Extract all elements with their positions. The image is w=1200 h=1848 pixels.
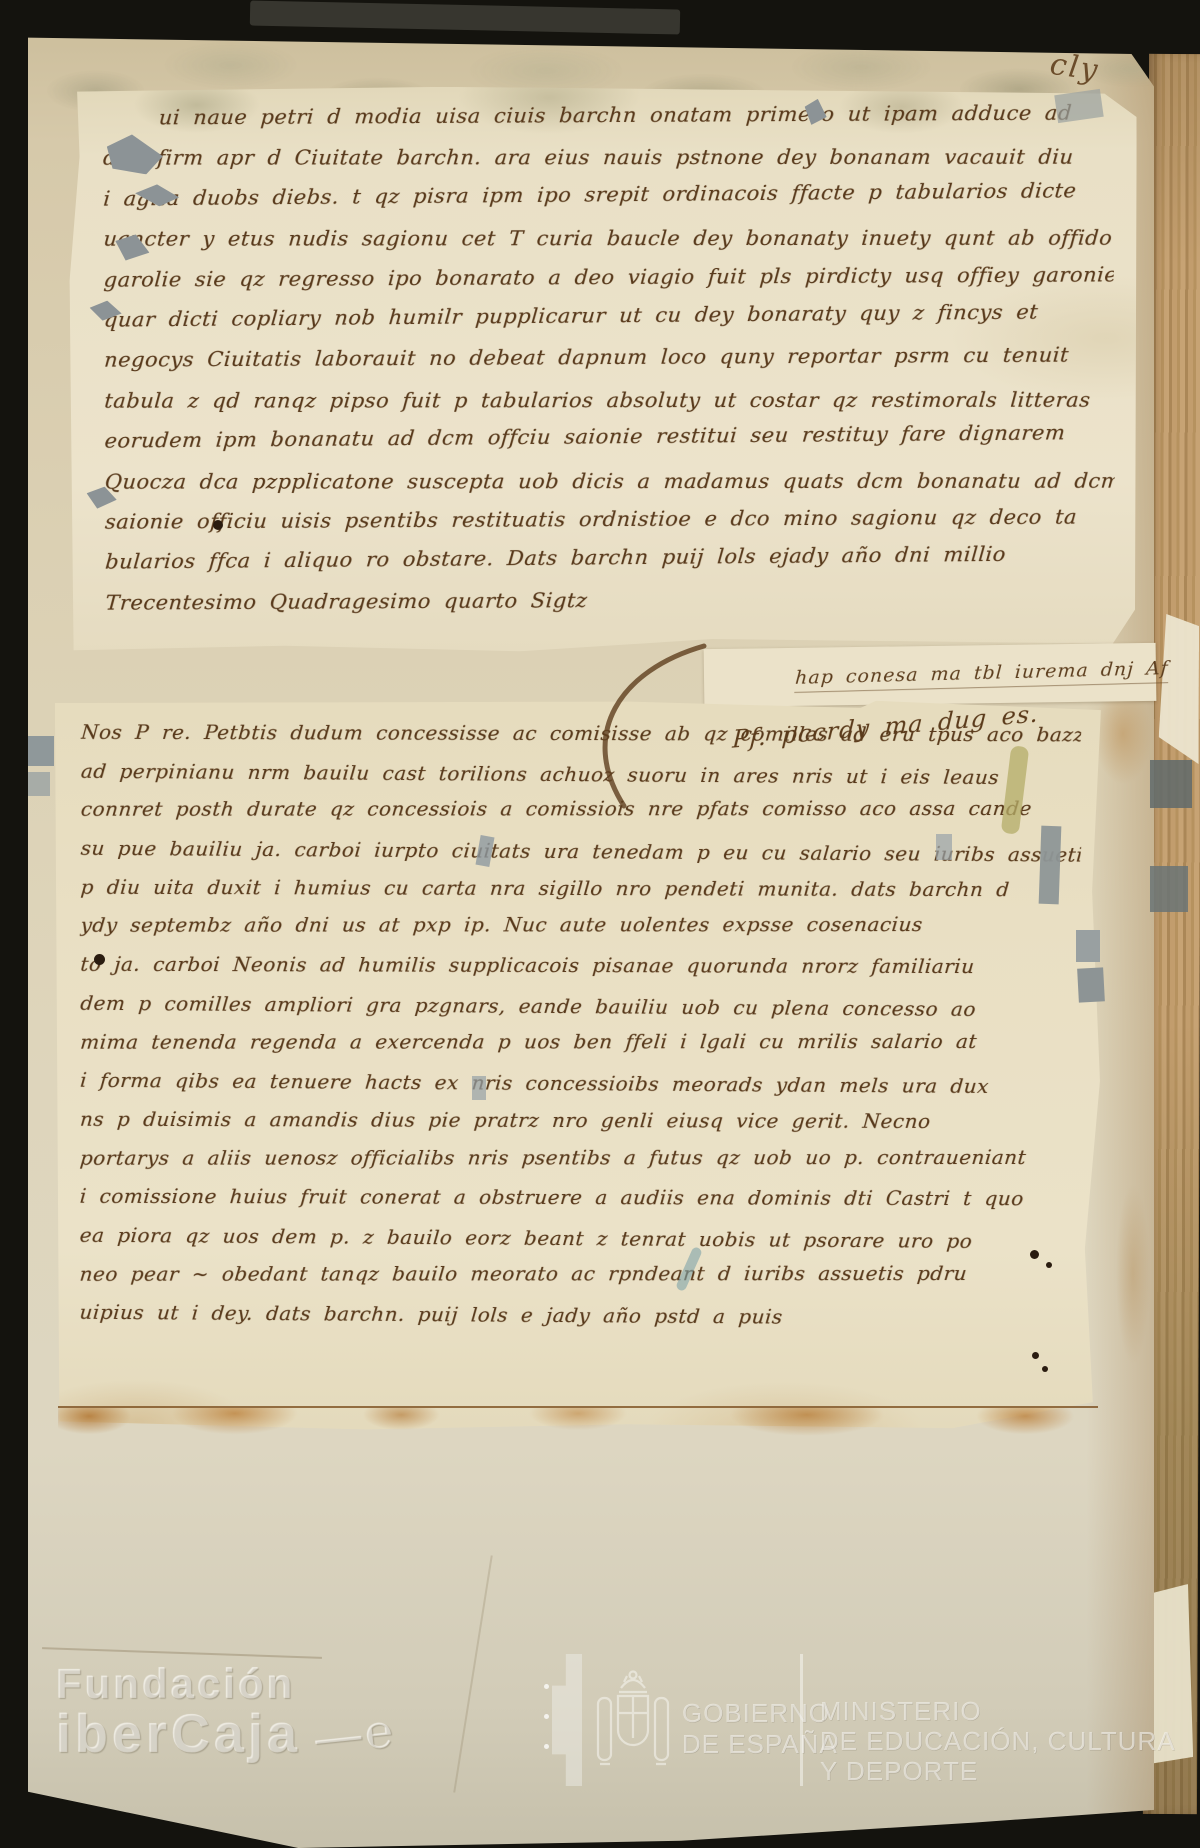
flag-star-icon (544, 1684, 549, 1689)
stain (1116, 1184, 1150, 1364)
manuscript-line: p diu uita duxit i humius cu carta nra s… (79, 871, 1082, 911)
manuscript-line: quar dicti copliary nob humilr pupplicar… (102, 294, 1115, 342)
government-watermark: GOBIERNO DE ESPAÑA MINISTERIO DE EDUCACI… (548, 1650, 1188, 1795)
watermark-divider (800, 1654, 803, 1786)
ibercaja-watermark-line1: Fundación (56, 1662, 397, 1706)
ink-dot (1042, 1366, 1048, 1372)
ink-dot (1030, 1250, 1039, 1259)
manuscript-line: Quocza dca pzpplicatone suscepta uob dic… (103, 464, 1115, 504)
tape-piece (936, 834, 952, 860)
tape-piece (1077, 967, 1105, 1002)
spain-coat-of-arms-icon (588, 1662, 678, 1780)
ibercaja-swash-icon: —℮ (312, 1702, 399, 1766)
paper-crease (453, 1555, 493, 1792)
manuscript-line: bularios ffca i aliquo ro obstare. Dats … (103, 537, 1116, 585)
tape-piece (1150, 760, 1192, 808)
binding-shadow-streak (250, 1, 680, 35)
manuscript-line: su pue bauiliu ja. carboi iurpto ciuitat… (79, 832, 1082, 876)
ink-dot (213, 520, 223, 530)
document-1-text: ui naue petri d modia uisa ciuis barchn … (69, 83, 1140, 655)
ministerio-line3: Y DEPORTE (820, 1756, 1176, 1786)
manuscript-line: neo pear ~ obedant tanqz bauilo meorato … (78, 1257, 1082, 1295)
flag-star-icon (544, 1744, 549, 1749)
manuscript-line: ui naue petri d modia uisa ciuis barchn … (101, 96, 1114, 140)
manuscript-line: uipius ut i dey. dats barchn. puij lols … (78, 1297, 1081, 1341)
manuscript-line: i agita duobs diebs. t qz pisra ipm ipo … (102, 173, 1115, 221)
pen-flourish (572, 636, 722, 816)
manuscript-line: i forma qibs ea tenuere hacts ex nris co… (79, 1064, 1082, 1108)
flag-star-icon (544, 1714, 549, 1719)
gobierno-line1: GOBIERNO (682, 1698, 838, 1729)
ministerio-line2: DE EDUCACIÓN, CULTURA (820, 1726, 1176, 1756)
ibercaja-watermark-line2: iberCaja —℮ (56, 1706, 397, 1762)
gobierno-text: GOBIERNO DE ESPAÑA (682, 1698, 838, 1760)
manuscript-line: to ja. carboi Neonis ad humilis supplica… (79, 948, 1082, 988)
ibercaja-wordmark: iberCaja (56, 1706, 301, 1762)
manuscript-line: eorudem ipm bonanatu ad dcm offciu saion… (103, 416, 1116, 464)
manuscript-scan: cly ui naue petri d modia uisa ciuis bar… (0, 0, 1200, 1848)
manuscript-line: ns p duisimis a amandis dius pie pratrz … (78, 1103, 1081, 1143)
ministerio-line1: MINISTERIO (820, 1696, 1176, 1726)
glue-stain-band (58, 1406, 1098, 1476)
manuscript-line: portarys a aliis uenosz officialibs nris… (78, 1141, 1082, 1179)
folio-number: cly (1048, 47, 1102, 89)
tape-piece (28, 772, 50, 796)
manuscript-line: ydy septembz año dni us at pxp ip. Nuc a… (79, 909, 1083, 947)
ministerio-text: MINISTERIO DE EDUCACIÓN, CULTURA Y DEPOR… (820, 1696, 1176, 1786)
pasted-document-1: ui naue petri d modia uisa ciuis barchn … (69, 83, 1140, 655)
manuscript-line: mima tenenda regenda a exercenda p uos b… (78, 1025, 1082, 1063)
tape-piece (1150, 866, 1188, 912)
ink-dot (1032, 1352, 1039, 1359)
ink-dot (94, 954, 105, 965)
tape-piece (472, 1076, 486, 1100)
ibercaja-watermark: Fundación iberCaja —℮ (56, 1662, 397, 1762)
manuscript-line: Trecentesimo Quadragesimo quarto Sigtz (104, 581, 1117, 625)
tape-piece (1039, 826, 1062, 905)
tape-piece (1076, 930, 1100, 962)
manuscript-line: negocys Ciuitatis laborauit no debeat da… (103, 338, 1116, 382)
manuscript-line: uancter y etus nudis sagionu cet T curia… (102, 221, 1114, 261)
paper-crease (42, 1647, 322, 1659)
tape-piece (28, 736, 54, 766)
page-edge-highlight (1159, 614, 1200, 764)
ink-dot (1046, 1262, 1052, 1268)
eu-flag-bar-icon (552, 1654, 582, 1786)
manuscript-line: i comissione huius fruit conerat a obstr… (78, 1181, 1081, 1221)
gobierno-line2: DE ESPAÑA (682, 1729, 838, 1760)
